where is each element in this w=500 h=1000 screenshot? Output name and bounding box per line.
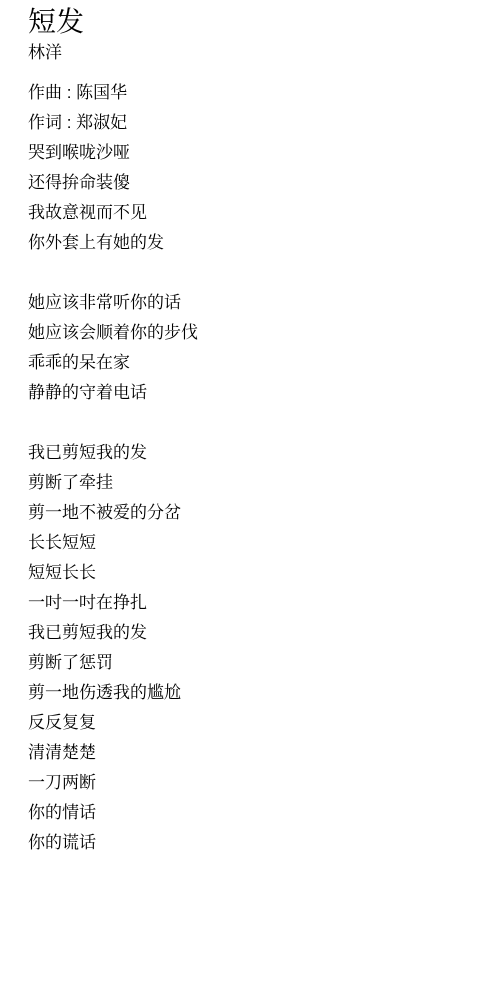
lyric-line: 哭到喉咙沙哑 <box>28 138 480 168</box>
song-title: 短发 <box>28 0 480 39</box>
artist-name: 林洋 <box>28 41 480 65</box>
lyric-line: 还得拚命装傻 <box>28 168 480 198</box>
lyric-line <box>28 258 480 288</box>
lyric-line: 她应该会顺着你的步伐 <box>28 318 480 348</box>
lyric-line: 剪断了惩罚 <box>28 648 480 678</box>
lyric-line: 乖乖的呆在家 <box>28 348 480 378</box>
lyric-line: 你外套上有她的发 <box>28 228 480 258</box>
lyric-line: 作词 : 郑淑妃 <box>28 108 480 138</box>
lyric-line: 长长短短 <box>28 528 480 558</box>
lyric-line: 作曲 : 陈国华 <box>28 78 480 108</box>
lyric-line: 剪一地不被爱的分岔 <box>28 498 480 528</box>
lyric-line: 你的谎话 <box>28 828 480 858</box>
lyric-line: 短短长长 <box>28 558 480 588</box>
lyric-line: 你的情话 <box>28 798 480 828</box>
lyric-line: 静静的守着电话 <box>28 378 480 408</box>
lyric-line: 反反复复 <box>28 708 480 738</box>
lyric-line: 我故意视而不见 <box>28 198 480 228</box>
lyric-line: 清清楚楚 <box>28 738 480 768</box>
lyric-line: 剪一地伤透我的尴尬 <box>28 678 480 708</box>
lyric-line: 一吋一吋在挣扎 <box>28 588 480 618</box>
lyrics-page: 短发 林洋 作曲 : 陈国华作词 : 郑淑妃哭到喉咙沙哑还得拚命装傻我故意视而不… <box>0 0 500 1000</box>
lyric-line: 她应该非常听你的话 <box>28 288 480 318</box>
lyric-line: 剪断了牵挂 <box>28 468 480 498</box>
lyrics-container: 作曲 : 陈国华作词 : 郑淑妃哭到喉咙沙哑还得拚命装傻我故意视而不见你外套上有… <box>28 78 480 858</box>
lyric-line: 我已剪短我的发 <box>28 618 480 648</box>
lyric-line: 一刀两断 <box>28 768 480 798</box>
lyric-line <box>28 408 480 438</box>
lyric-line: 我已剪短我的发 <box>28 438 480 468</box>
